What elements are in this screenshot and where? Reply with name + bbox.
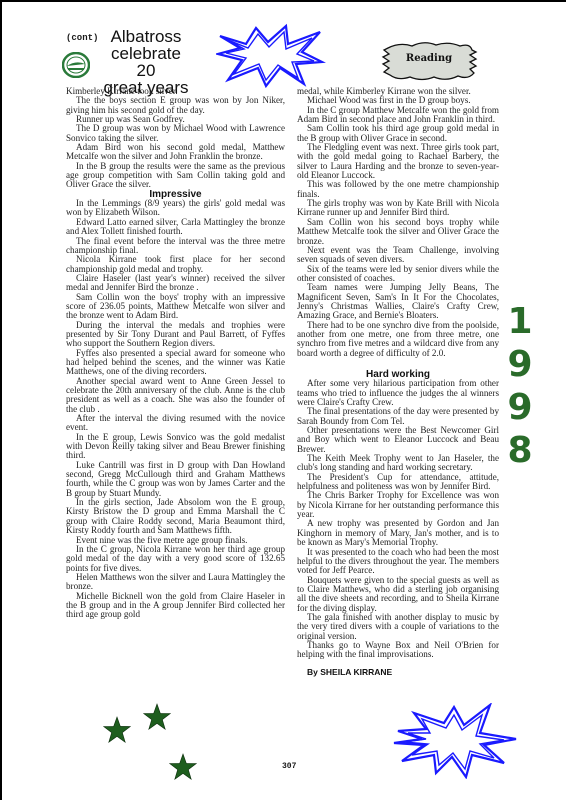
paragraph: Team names were Jumping Jelly Beans, The… <box>297 283 499 320</box>
page-border-left <box>0 0 2 800</box>
paragraph: After the interval the diving resumed wi… <box>66 414 285 433</box>
paragraph: Helen Matthews won the silver and Laura … <box>66 573 285 592</box>
paragraph: Michelle Bicknell won the gold from Clai… <box>66 592 285 620</box>
paragraph: The final presentations of the day were … <box>297 407 499 426</box>
article-column-left: Kimberley Kirrane took silver. The the b… <box>66 87 285 620</box>
paragraph: Adam Bird won his second gold medal, Mat… <box>66 143 285 162</box>
year-digit: 9 <box>502 343 538 386</box>
paragraph: During the interval the medals and troph… <box>66 321 285 349</box>
paragraph: In the Lemmings (8/9 years) the girls' g… <box>66 199 285 218</box>
paragraph: Edward Latto earned silver, Carla Mattin… <box>66 218 285 237</box>
club-crest-icon <box>62 52 90 78</box>
section-badge-label: Reading <box>380 53 478 64</box>
paragraph: Claire Haseler (last year's winner) rece… <box>66 274 285 293</box>
paragraph: It was presented to the coach who had be… <box>297 548 499 576</box>
paragraph: The final event before the interval was … <box>66 237 285 256</box>
star-icon <box>169 753 197 781</box>
paragraph: Thanks go to Wayne Box and Neil O'Brien … <box>297 641 499 660</box>
year-digit: 9 <box>502 386 538 429</box>
paragraph: Other presentations were the Best Newcom… <box>297 426 499 454</box>
paragraph: The D group was won by Michael Wood with… <box>66 124 285 143</box>
paragraph: In the girls section, Jade Absolom won t… <box>66 498 285 535</box>
continued-tag: (cont) <box>66 33 98 43</box>
page-border-top <box>0 0 566 2</box>
paragraph: In the C group Matthew Metcalfe won the … <box>297 106 499 125</box>
paragraph: The Fledgling event was next. Three girl… <box>297 143 499 180</box>
page-number: 307 <box>282 762 296 771</box>
paragraph: After some very hilarious participation … <box>297 379 499 407</box>
year-digit: 8 <box>502 429 538 472</box>
paragraph: The the boys section E group was won by … <box>66 96 285 115</box>
article-column-right: medal, while Kimberley Kirrane won the s… <box>297 87 499 677</box>
paragraph: Sam Collin won the boys' trophy with an … <box>66 293 285 321</box>
paragraph: A new trophy was presented by Gordon and… <box>297 519 499 547</box>
paragraph: The President's Cup for attendance, atti… <box>297 473 499 492</box>
paragraph: Bouquets were given to the special guest… <box>297 576 499 613</box>
paragraph: The Keith Meek Trophy went to Jan Hasele… <box>297 454 499 473</box>
paragraph: Sam Collin won his second boys trophy wh… <box>297 218 499 246</box>
paragraph: Sam Collin took his third age group gold… <box>297 124 499 143</box>
paragraph: Nicola Kirrane took first place for her … <box>66 255 285 274</box>
paragraph: Fyffes also presented a special award fo… <box>66 349 285 377</box>
year-digit: 1 <box>502 300 538 343</box>
paragraph: The girls trophy was won by Kate Brill w… <box>297 199 499 218</box>
title-line: Albatross <box>101 28 191 45</box>
byline: By SHEILA KIRRANE <box>307 668 499 677</box>
title-line: celebrate 20 <box>101 45 191 79</box>
paragraph: In the E group, Lewis Sonvico was the go… <box>66 433 285 461</box>
paragraph: The Chris Barker Trophy for Excellence w… <box>297 491 499 519</box>
paragraph: Next event was the Team Challenge, invol… <box>297 246 499 265</box>
paragraph: Six of the teams were led by senior dive… <box>297 265 499 284</box>
paragraph: Another special award went to Anne Green… <box>66 377 285 414</box>
paragraph: In the B group the results were the same… <box>66 162 285 190</box>
star-icon <box>103 716 131 744</box>
starburst-icon <box>392 703 518 779</box>
year-vertical: 1 9 9 8 <box>502 300 538 472</box>
paragraph: In the C group, Nicola Kirrane won her t… <box>66 545 285 573</box>
paragraph: There had to be one synchro dive from th… <box>297 321 499 358</box>
starburst-icon <box>216 22 326 88</box>
star-icon <box>143 703 171 731</box>
paragraph: This was followed by the one metre champ… <box>297 180 499 199</box>
paragraph: Luke Cantrill was first in D group with … <box>66 461 285 498</box>
paragraph: The gala finished with another display t… <box>297 613 499 641</box>
